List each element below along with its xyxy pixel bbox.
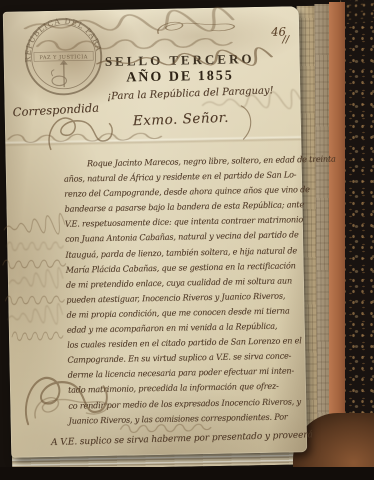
archival-photo-manuscript: REPUBLICA DEL PARAGUAY PAZ Y JUSTICIA SE…: [0, 0, 374, 480]
bleed-through-stroke: [5, 130, 161, 146]
folio-number: 46 //: [271, 24, 289, 45]
book-cover-board: [340, 0, 374, 480]
bleed-through-stroke: [7, 311, 63, 326]
table-surface-band: [0, 467, 374, 480]
year-line: AÑO DE 1855: [80, 68, 280, 88]
bleed-through-scrawl: [153, 17, 237, 41]
bleed-through-stroke: [1, 257, 65, 272]
bleed-through-stroke: [5, 239, 63, 254]
bleed-through-stroke: [3, 221, 65, 236]
folio-mark: //: [282, 34, 289, 45]
signature-flourish: [30, 390, 111, 432]
bleed-through-stroke: [4, 293, 64, 308]
bleed-through-stroke: [11, 329, 63, 344]
bleed-through-stroke: [200, 96, 300, 111]
binding-strip-terracotta: [329, 2, 345, 476]
manuscript-page: REPUBLICA DEL PARAGUAY PAZ Y JUSTICIA SE…: [3, 6, 308, 458]
bleed-through-stroke: [8, 275, 63, 290]
salutation-exmo-senor: Exmo. Señor.: [133, 110, 230, 130]
